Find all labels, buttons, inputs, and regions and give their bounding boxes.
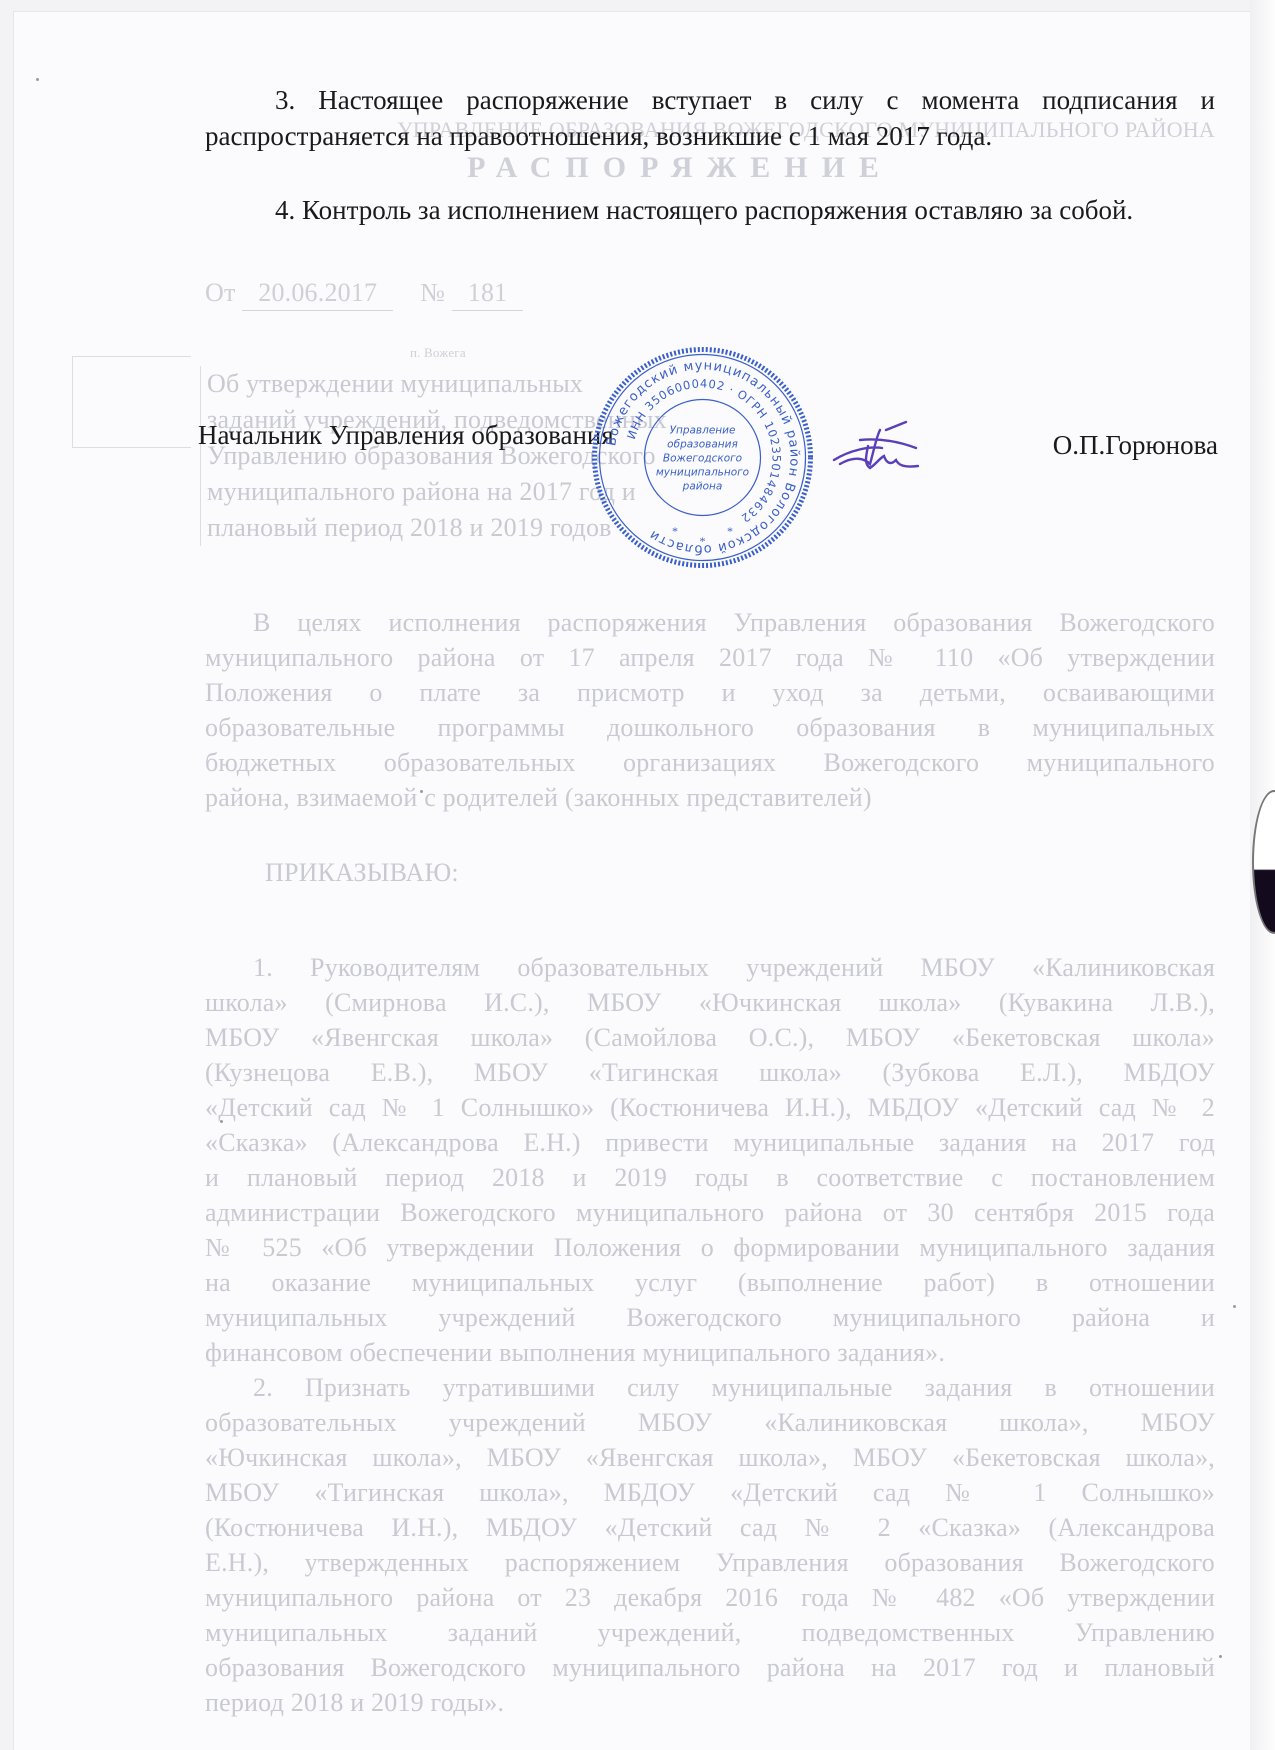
- scan-speck: [420, 790, 423, 793]
- ghost-number-label: №: [420, 278, 445, 307]
- ghost-subject-bracket: [72, 356, 191, 448]
- ghost-line: период 2018 и 2019 годы».: [205, 1685, 1215, 1720]
- ghost-line: муниципального района от 17 апреля 2017 …: [205, 640, 1215, 675]
- ghost-line: финансовом обеспечении выполнения муници…: [205, 1335, 1215, 1370]
- ghost-line: «Детский сад № 1 Солнышко» (Костюничева …: [205, 1090, 1215, 1125]
- paragraph-3-line-1: 3. Настоящее распоряжение вступает в сил…: [205, 82, 1215, 118]
- ghost-line: (Костюничева И.Н.), МБДОУ «Детский сад №…: [205, 1510, 1215, 1545]
- svg-text:образования: образования: [667, 439, 738, 451]
- svg-text:района: района: [682, 481, 723, 493]
- ghost-line: муниципального района от 23 декабря 2016…: [205, 1580, 1215, 1615]
- paragraph-3-line-2: распространяется на правоотношения, возн…: [205, 118, 1215, 154]
- ghost-line: бюджетных образовательных организациях В…: [205, 745, 1215, 780]
- ghost-line: образовательные программы дошкольного об…: [205, 710, 1215, 745]
- signatory-position: Начальник Управления образования: [198, 420, 614, 451]
- ghost-line: школа» (Смирнова И.С.), МБОУ «Ючкинская …: [205, 985, 1215, 1020]
- scan-speck: [1219, 1655, 1222, 1658]
- ghost-line: 1. Руководителям образовательных учрежде…: [205, 950, 1215, 985]
- svg-text:*: *: [700, 534, 706, 548]
- ghost-line: 2. Признать утратившими силу муниципальн…: [205, 1370, 1215, 1405]
- ghost-line: «Ючкинская школа», МБОУ «Явенгская школа…: [205, 1440, 1215, 1475]
- ghost-line: на оказание муниципальных услуг (выполне…: [205, 1265, 1215, 1300]
- paragraph-4: 4. Контроль за исполнением настоящего ра…: [205, 192, 1215, 228]
- ghost-line: МБОУ «Тигинская школа», МБДОУ «Детский с…: [205, 1475, 1215, 1510]
- ghost-line: № 525 «Об утверждении Положения о формир…: [205, 1230, 1215, 1265]
- ghost-place: п. Вожега: [410, 335, 466, 370]
- ghost-line: В целях исполнения распоряжения Управлен…: [205, 605, 1215, 640]
- ghost-line: администрации Вожегодского муниципальног…: [205, 1195, 1215, 1230]
- scan-speck: [36, 78, 39, 81]
- ghost-line: образования Вожегодского муниципального …: [205, 1650, 1215, 1685]
- ghost-line: муниципальных заданий учреждений, подвед…: [205, 1615, 1215, 1650]
- ghost-line: «Сказка» (Александрова Е.Н.) привести му…: [205, 1125, 1215, 1160]
- ghost-body: В целях исполнения распоряжения Управлен…: [205, 605, 1215, 1720]
- svg-text:Управление: Управление: [670, 425, 736, 437]
- signatory-name: О.П.Горюнова: [1053, 430, 1218, 461]
- ghost-line: муниципальных учреждений Вожегодского му…: [205, 1300, 1215, 1335]
- handwritten-signature-icon: [830, 420, 930, 480]
- ghost-line: района, взимаемой с родителей (законных …: [205, 780, 1215, 815]
- ghost-date: 20.06.2017: [242, 275, 393, 311]
- ghost-line: Положения о плате за присмотр и уход за …: [205, 675, 1215, 710]
- ghost-date-label: От: [205, 278, 236, 307]
- ghost-number: 181: [452, 275, 524, 311]
- svg-text:Вожегодского: Вожегодского: [663, 453, 742, 465]
- scan-speck: [220, 1120, 223, 1123]
- ghost-line: (Кузнецова Е.В.), МБОУ «Тигинская школа»…: [205, 1055, 1215, 1090]
- ghost-line: МБОУ «Явенгская школа» (Самойлова О.С.),…: [205, 1020, 1215, 1055]
- ghost-line: образовательных учреждений МБОУ «Калиник…: [205, 1405, 1215, 1440]
- official-stamp-icon: Вожегодский муниципальный район Вологодс…: [590, 345, 815, 570]
- document-body: 3. Настоящее распоряжение вступает в сил…: [205, 82, 1215, 228]
- ghost-order-word: ПРИКАЗЫВАЮ:: [205, 855, 1215, 890]
- ghost-line: и плановый период 2018 и 2019 годы в соо…: [205, 1160, 1215, 1195]
- svg-text:*: *: [727, 524, 733, 538]
- svg-text:муниципального: муниципального: [656, 467, 749, 479]
- ghost-line: Е.Н.), утвержденных распоряжением Управл…: [205, 1545, 1215, 1580]
- scan-speck: [1233, 1305, 1236, 1308]
- svg-text:*: *: [672, 524, 678, 538]
- ghost-date-line: От 20.06.2017 № 181: [205, 275, 725, 311]
